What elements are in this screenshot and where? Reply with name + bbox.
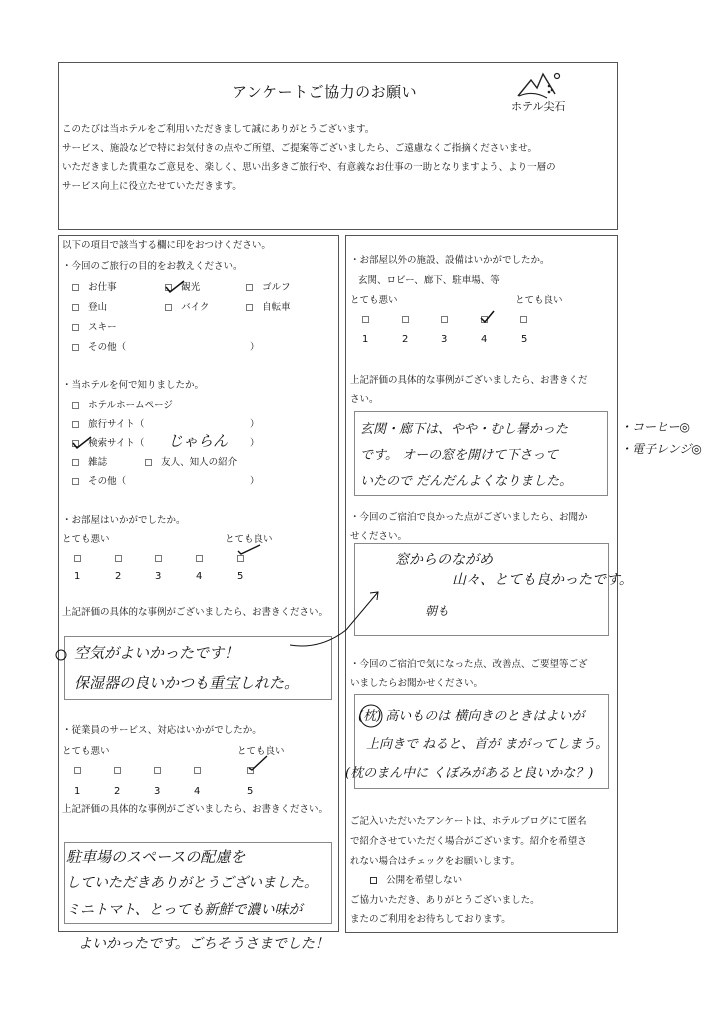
checkbox-checked[interactable] [165,284,172,291]
facilities-rating-5[interactable] [520,316,527,323]
staff-scale-5: 5 [247,786,253,797]
purpose-option-bicycle[interactable]: 自転車 [246,302,291,314]
checkbox[interactable] [72,421,79,428]
handwritten-improve-3: (枕のまん中に くぼみがあると良いかな？) [345,762,593,781]
staff-question: ・従業員のサービス、対応はいかがでしたか。 [62,725,262,737]
checkbox[interactable] [145,459,152,466]
purpose-option-climbing[interactable]: 登山 [72,302,107,314]
checkbox[interactable] [246,284,253,291]
source-travel-close: ） [250,419,260,431]
hotel-name: ホテル尖石 [511,101,565,113]
checkbox-checked[interactable] [72,440,79,447]
facilities-scale-2: 2 [402,334,408,345]
checkbox[interactable] [246,304,253,311]
intro-line-1: このたびは当ホテルをご利用いただきまして誠にありがとうございます。 [62,124,374,136]
room-rating-5[interactable] [237,555,244,562]
room-scale-1: 1 [74,571,80,582]
room-scale-2: 2 [115,571,121,582]
good-points-question-1: ・今回のご宿泊で良かった点がございましたら、お聞か [350,512,588,524]
staff-rating-1[interactable] [74,767,81,774]
staff-scale-2: 2 [114,786,120,797]
staff-scale-3: 3 [154,786,160,797]
handwritten-facilities-3: いたので だんだんよくなりました。 [360,470,572,489]
handwritten-improve-2: 上向きで ねると、首が まがってしまう。 [366,733,608,752]
staff-scale-4: 4 [194,786,200,797]
handwritten-search-site: じゃらん [168,430,228,451]
room-detail-prompt: 上記評価の具体的な事例がございましたら、お書きください。 [62,607,328,619]
facilities-examples: 玄関、ロビー、廊下、駐車場、等 [358,275,500,287]
staff-rating-4[interactable] [194,767,201,774]
purpose-option-work[interactable]: お仕事 [72,282,117,294]
intro-line-2: サービス、施設などで特にお気付きの点やご所望、ご提案等ございましたら、ご遠慮なく… [62,143,537,155]
checkbox[interactable] [72,344,79,351]
handwritten-side-note-coffee: ・コーヒー◎ [620,418,690,435]
handwritten-good-3: 朝も [425,602,449,619]
source-option-homepage[interactable]: ホテルホームページ [72,400,173,412]
left-column-box [58,235,339,932]
facilities-detail-prompt-1: 上記評価の具体的な事例がございましたら、お書きくだ [350,375,588,387]
checkbox[interactable] [370,877,377,884]
purpose-option-bike[interactable]: バイク [165,302,209,314]
handwritten-good-2: 山々、とても良かったです。 [452,569,633,589]
checkbox[interactable] [72,459,79,466]
staff-rating-3[interactable] [154,767,161,774]
checkbox[interactable] [165,304,172,311]
source-option-magazine[interactable]: 雑誌 [72,457,107,469]
facilities-rating-4[interactable] [481,316,488,323]
source-other-close: ） [250,476,260,488]
room-scale-4: 4 [196,571,202,582]
handwritten-room-2: 保湿器の良いかつも重宝しれた。 [74,672,299,693]
mountain-logo-icon [513,68,573,102]
handwritten-staff-3: ミニトマト、とっても新鮮で濃い味が [66,899,302,919]
purpose-option-other[interactable]: その他（ [72,342,126,354]
room-scale-3: 3 [155,571,161,582]
purpose-option-golf[interactable]: ゴルフ [246,282,291,294]
staff-low-label: とても悪い [62,746,110,758]
room-high-label: とても良い [225,534,273,546]
facilities-high-label: とても良い [515,295,563,307]
handwritten-improve-1: (枕) 高いものは 横向きのときはよいが [358,705,584,724]
facilities-low-label: とても悪い [350,295,398,307]
facilities-rating-3[interactable] [441,316,448,323]
checkbox[interactable] [72,304,79,311]
intro-line-3: いただきました貴重なご意見を、楽しく、思い出多きご旅行や、有意義なお仕事の一助と… [62,162,556,174]
purpose-option-sightseeing[interactable]: 観光 [165,282,200,294]
handwritten-side-note-microwave: ・電子レンジ◎ [620,440,702,457]
facilities-scale-1: 1 [362,334,368,345]
purpose-other-close: ） [250,342,260,354]
blog-text-3: れない場合はチェックをお願いします。 [350,856,520,868]
checkbox[interactable] [72,284,79,291]
purpose-question: ・今回のご旅行の目的をお教えください。 [62,261,243,273]
source-option-travel-site[interactable]: 旅行サイト（ [72,419,144,431]
source-option-friend[interactable]: 友人、知人の紹介 [145,457,237,469]
opt-out-option[interactable]: 公開を希望しない [370,875,462,887]
hotel-logo: ホテル尖石 [505,68,575,118]
staff-detail-prompt: 上記評価の具体的な事例がございましたら、お書きください。 [62,804,328,816]
handwritten-staff-4: よいかったです。ごちそうさまでした！ [78,933,329,953]
thanks-text: ご協力いただき、ありがとうございました。 [350,895,540,907]
survey-title: アンケートご協力のお願い [232,86,417,98]
handwritten-facilities-2: です。 オーの窓を開けて下さって [360,444,558,463]
handwritten-staff-1: 駐車場のスペースの配慮を [66,846,245,867]
facilities-detail-prompt-2: さい。 [350,394,379,406]
handwritten-staff-2: していただきありがとうございました。 [66,872,318,892]
staff-rating-2[interactable] [114,767,121,774]
facilities-rating-1[interactable] [362,316,369,323]
source-search-close: ） [250,438,260,450]
instruction-text: 以下の項目で該当する欄に印をおつけください。 [62,240,271,252]
purpose-option-ski[interactable]: スキー [72,322,117,334]
blog-text-2: で紹介させていただく場合がございます。紹介を希望さ [350,836,587,848]
handwritten-room-1: 空気がよいかったです！ [74,642,239,663]
room-rating-3[interactable] [155,555,162,562]
source-option-other[interactable]: その他（ [72,476,126,488]
checkbox[interactable] [72,478,79,485]
handwritten-good-1: 窓からのながめ [395,549,493,569]
checkbox[interactable] [72,402,79,409]
staff-rating-5[interactable] [247,767,254,774]
source-option-search-site[interactable]: 検索サイト（ [72,438,144,450]
improvements-question-1: ・今回のご宿泊で気になった点、改善点、ご要望等ござ [350,659,588,671]
facilities-scale-3: 3 [441,334,447,345]
room-scale-5: 5 [237,571,243,582]
facilities-scale-4: 4 [481,334,487,345]
staff-scale-1: 1 [74,786,80,797]
blog-text-1: ご記入いただいたアンケートは、ホテルブログにて匿名 [350,816,586,828]
staff-high-label: とても良い [237,746,285,758]
intro-line-4: サービス向上に役立たせていただきます。 [62,181,242,193]
closing-text: またのご利用をお待ちしております。 [350,914,511,926]
improvements-question-2: いましたらお聞かせください。 [350,678,483,690]
facilities-rating-2[interactable] [402,316,409,323]
room-rating-2[interactable] [115,555,122,562]
facilities-question: ・お部屋以外の施設、設備はいかがでしたか。 [350,255,550,267]
room-question: ・お部屋はいかがでしたか。 [62,515,186,527]
handwritten-facilities-1: 玄関・廊下は、やや・むし暑かった [360,418,568,437]
facilities-scale-5: 5 [521,334,527,345]
good-points-question-2: せください。 [350,531,407,543]
checkbox[interactable] [72,324,79,331]
source-question: ・当ホテルを何で知りましたか。 [62,380,204,392]
room-rating-1[interactable] [74,555,81,562]
room-rating-4[interactable] [196,555,203,562]
room-low-label: とても悪い [62,534,110,546]
